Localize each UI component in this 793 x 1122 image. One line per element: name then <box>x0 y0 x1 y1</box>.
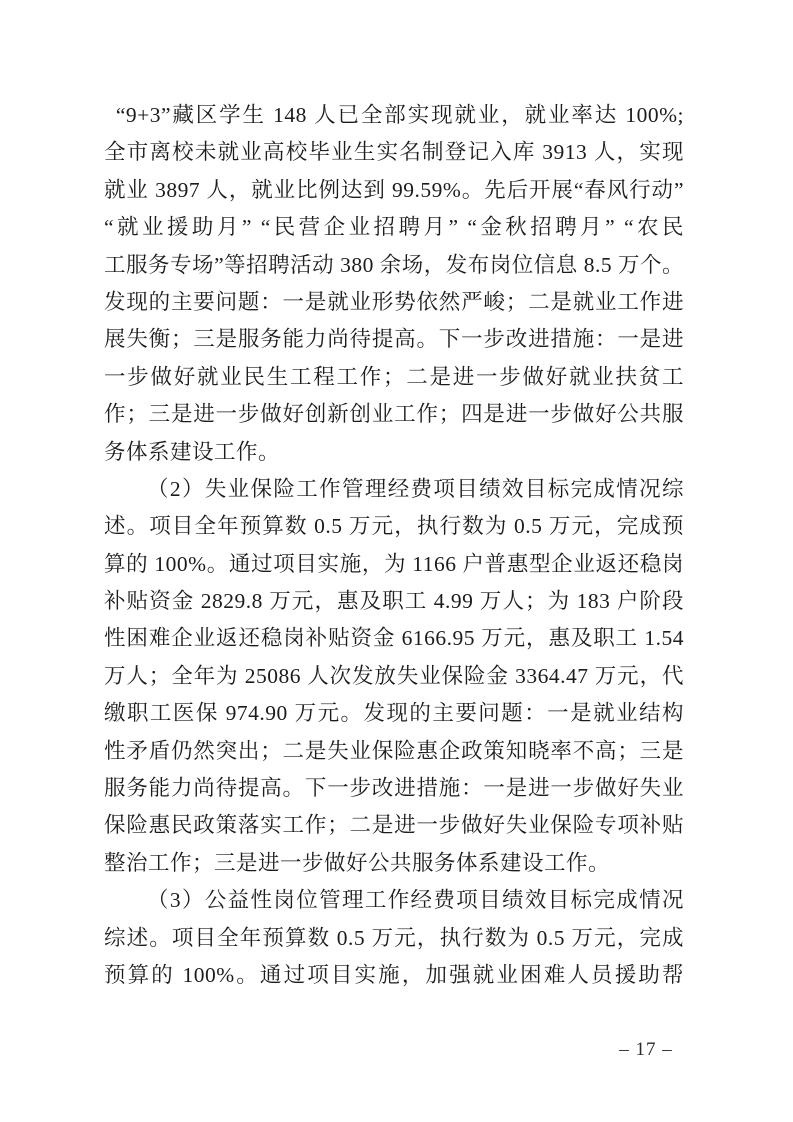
text-line: “9+3”藏区学生 148 人已全部实现就业，就业率达 100%; <box>104 97 684 134</box>
text-line: 发现的主要问题：一是就业形势依然严峻；二是就业工作进 <box>104 284 684 321</box>
text-line: 缴职工医保 974.90 万元。发现的主要问题：一是就业结构 <box>104 695 684 732</box>
text-line: 务体系建设工作。 <box>104 434 684 471</box>
text-line: 展失衡；三是服务能力尚待提高。下一步改进措施：一是进 <box>104 321 684 358</box>
text-line: （3）公益性岗位管理工作经费项目绩效目标完成情况 <box>104 882 684 919</box>
text-line: 作；三是进一步做好创新创业工作；四是进一步做好公共服 <box>104 396 684 433</box>
text-line: 万人；全年为 25086 人次发放失业保险金 3364.47 万元，代 <box>104 658 684 695</box>
text-line: 保险惠民政策落实工作；二是进一步做好失业保险专项补贴 <box>104 807 684 844</box>
text-line: 述。项目全年预算数 0.5 万元，执行数为 0.5 万元，完成预 <box>104 508 684 545</box>
text-line: 综述。项目全年预算数 0.5 万元，执行数为 0.5 万元，完成 <box>104 920 684 957</box>
body-text: “9+3”藏区学生 148 人已全部实现就业，就业率达 100%; 全市离校未就… <box>104 97 684 994</box>
text-line: 就业 3897 人，就业比例达到 99.59%。先后开展“春风行动” <box>104 172 684 209</box>
page-number: – 17 – <box>600 1038 692 1062</box>
text-line: 全市离校未就业高校毕业生实名制登记入库 3913 人，实现 <box>104 134 684 171</box>
text-line: 工服务专场”等招聘活动 380 余场，发布岗位信息 8.5 万个。 <box>104 247 684 284</box>
text-line: （2）失业保险工作管理经费项目绩效目标完成情况综 <box>104 471 684 508</box>
text-line: 性矛盾仍然突出；二是失业保险惠企政策知晓率不高；三是 <box>104 733 684 770</box>
text-line: 服务能力尚待提高。下一步改进措施：一是进一步做好失业 <box>104 770 684 807</box>
text-line: 补贴资金 2829.8 万元，惠及职工 4.99 万人；为 183 户阶段 <box>104 583 684 620</box>
text-line: 一步做好就业民生工程工作；二是进一步做好就业扶贫工 <box>104 359 684 396</box>
text-line: 性困难企业返还稳岗补贴资金 6166.95 万元，惠及职工 1.54 <box>104 620 684 657</box>
document-page: “9+3”藏区学生 148 人已全部实现就业，就业率达 100%; 全市离校未就… <box>0 0 793 1122</box>
text-line: “就业援助月” “民营企业招聘月” “金秋招聘月” “农民 <box>104 209 684 246</box>
text-line: 整治工作；三是进一步做好公共服务体系建设工作。 <box>104 845 684 882</box>
text-line: 算的 100%。通过项目实施，为 1166 户普惠型企业返还稳岗 <box>104 546 684 583</box>
text-line: 预算的 100%。通过项目实施，加强就业困难人员援助帮扶， <box>104 957 684 994</box>
